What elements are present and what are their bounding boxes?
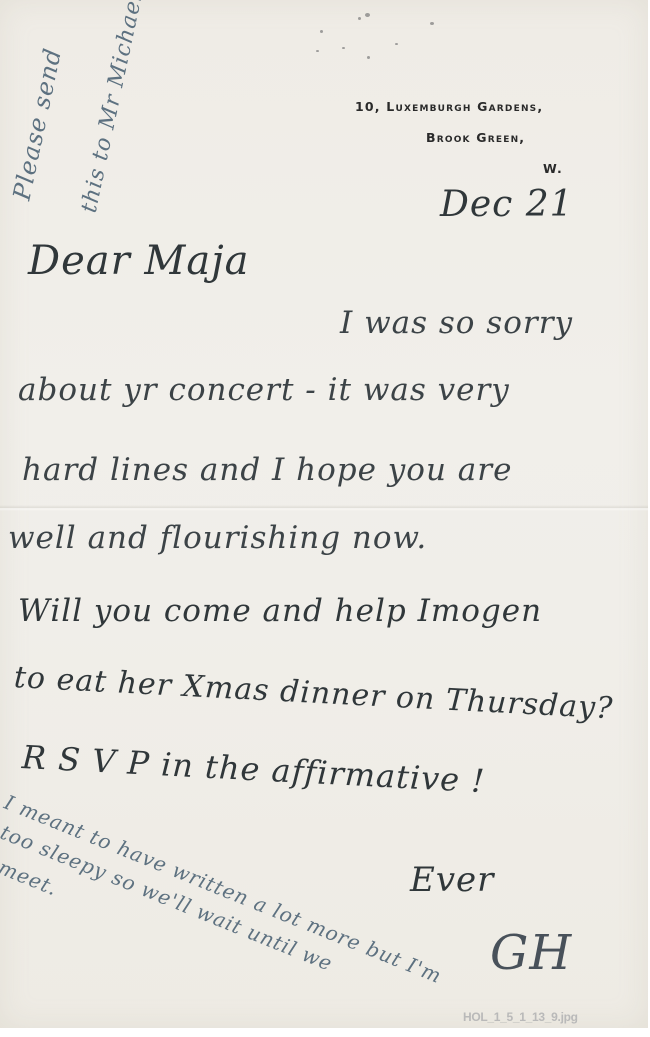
ink-speck xyxy=(365,13,370,17)
ink-speck xyxy=(358,17,361,20)
ink-speck xyxy=(316,50,319,52)
letter-date: Dec 21 xyxy=(440,184,574,225)
letter-closing: Ever xyxy=(410,860,494,900)
body-line-5: Will you come and help Imogen xyxy=(18,593,542,629)
ink-speck xyxy=(430,22,434,25)
ink-speck xyxy=(367,56,370,59)
body-line-1: I was so sorry xyxy=(340,305,573,341)
ink-speck xyxy=(395,43,398,45)
ink-speck xyxy=(342,47,345,49)
file-name-label: HOL_1_5_1_13_9.jpg xyxy=(463,1010,578,1024)
letterhead-address-line-3: W. xyxy=(543,161,563,176)
body-line-3: hard lines and I hope you are xyxy=(22,452,512,488)
letterhead-address-line-2: Brook Green, xyxy=(426,130,525,145)
letter-salutation: Dear Maja xyxy=(28,238,249,284)
letterhead-address-line-1: 10, Luxemburgh Gardens, xyxy=(355,99,543,114)
paper-fold-line xyxy=(0,505,648,511)
letter-signature: GH xyxy=(490,925,572,981)
body-line-4: well and flourishing now. xyxy=(8,520,427,556)
body-line-2: about yr concert - it was very xyxy=(18,372,510,408)
ink-speck xyxy=(320,30,323,33)
